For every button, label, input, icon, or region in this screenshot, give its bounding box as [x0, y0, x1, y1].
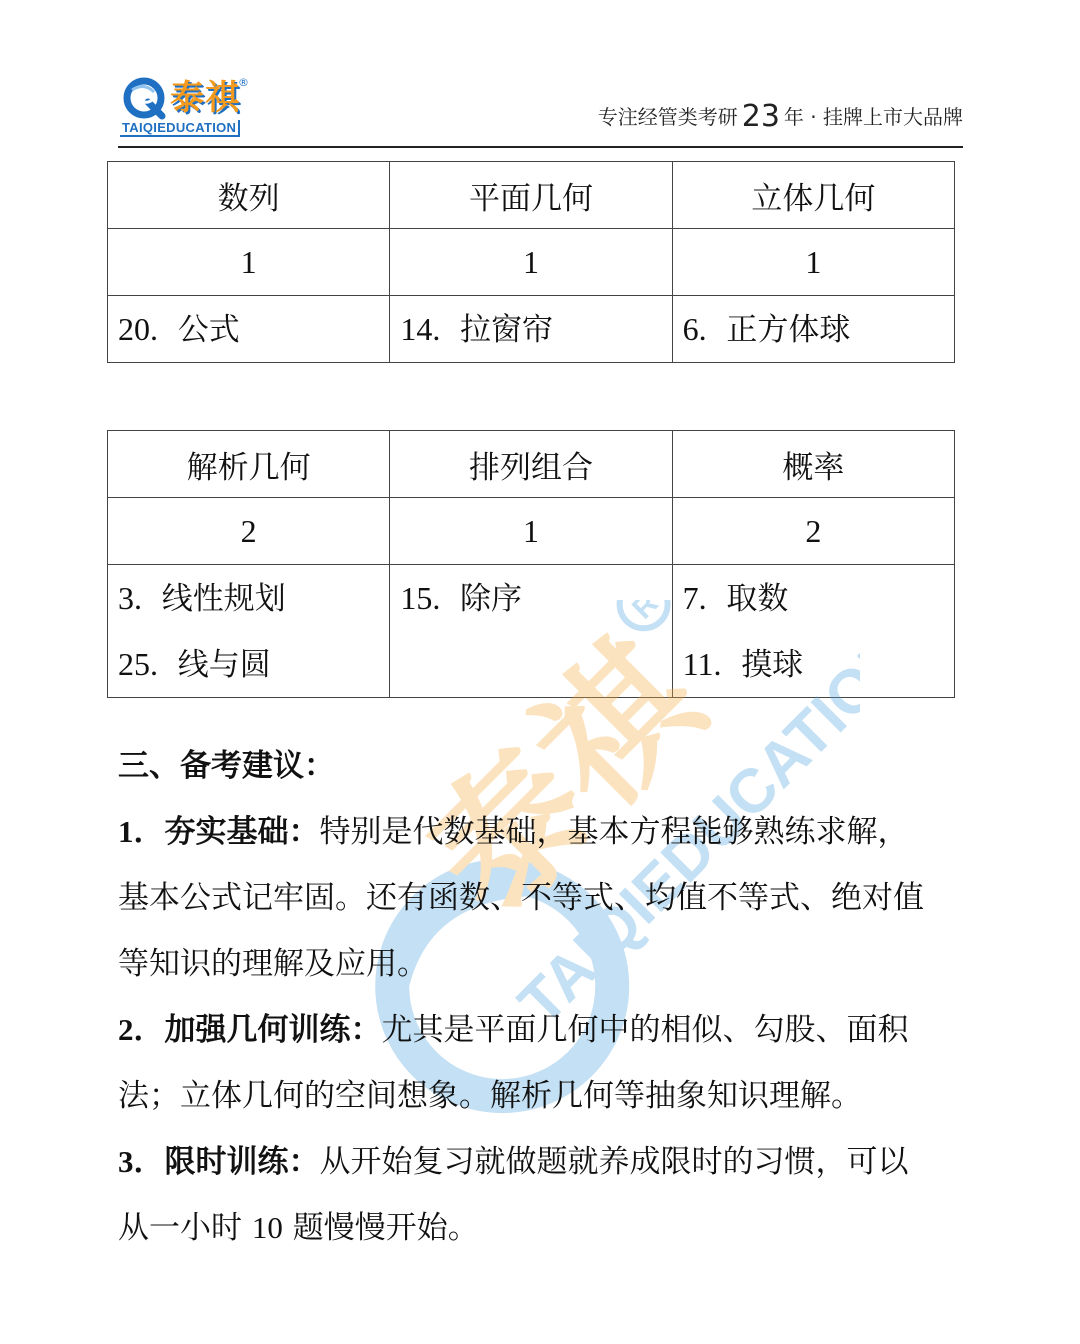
registered-mark: ® — [238, 76, 249, 89]
question-item: 3. 线性规划 — [118, 565, 389, 631]
question-number: 6. — [683, 311, 707, 347]
table-header-cell: 概率 — [672, 431, 954, 498]
question-item: 11. 摸球 — [683, 631, 954, 697]
question-list-cell: 6. 正方体球 — [672, 296, 954, 363]
advice-text: 法；立体几何的空间想象。解析几何等抽象知识理解。 — [118, 1063, 968, 1129]
question-topic: 除序 — [460, 581, 522, 617]
question-count: 2 — [108, 498, 390, 565]
table-header-row: 数列 平面几何 立体几何 — [108, 162, 955, 229]
question-list-cell: 14. 拉窗帘 — [390, 296, 672, 363]
logo-chinese-name: 泰祺 — [170, 78, 240, 118]
question-number: 14. — [400, 311, 440, 347]
advice-text: 从一小时 10 题慢慢开始。 — [118, 1195, 968, 1261]
question-list-cell: 7. 取数 11. 摸球 — [672, 565, 954, 698]
question-list-cell: 15. 除序 — [390, 565, 672, 698]
table-header-cell: 平面几何 — [390, 162, 672, 229]
advice-text: 特别是代数基础，基本方程能够熟练求解， — [320, 814, 909, 850]
table-header-cell: 排列组合 — [390, 431, 672, 498]
page-header: 泰祺 ® TAIQIEDUCATION 专注经管类考研23年 · 挂牌上市大品牌 — [118, 70, 963, 148]
question-topic: 线性规划 — [162, 581, 286, 617]
advice-text: 基本公式记牢固。还有函数、不等式、均值不等式、绝对值 — [118, 865, 968, 931]
question-item: 25. 线与圆 — [118, 631, 389, 697]
question-topic: 正方体球 — [726, 312, 850, 348]
question-number: 15. — [400, 580, 440, 616]
question-item: 15. 除序 — [400, 565, 671, 631]
table-question-row: 20. 公式 14. 拉窗帘 6. 正方体球 — [108, 296, 955, 363]
question-number: 3. — [118, 580, 142, 616]
question-topic: 拉窗帘 — [460, 312, 553, 348]
table-header-cell: 立体几何 — [672, 162, 954, 229]
question-number: 7. — [683, 580, 707, 616]
table-header-cell: 数列 — [108, 162, 390, 229]
advice-text: 等知识的理解及应用。 — [118, 931, 968, 997]
study-advice-section: 三、备考建议： 1．夯实基础：特别是代数基础，基本方程能够熟练求解， 基本公式记… — [118, 733, 968, 1261]
tagline-suffix: 年 · 挂牌上市大品牌 — [784, 105, 963, 129]
table-count-row: 1 1 1 — [108, 229, 955, 296]
logo-english-name: TAIQIEDUCATION — [120, 120, 240, 137]
advice-text: 尤其是平面几何中的相似、勾股、面积 — [382, 1012, 909, 1048]
question-list-cell: 20. 公式 — [108, 296, 390, 363]
topic-table-1: 数列 平面几何 立体几何 1 1 1 20. 公式 14. 拉窗帘 6. 正方体… — [107, 161, 955, 363]
question-count: 1 — [390, 498, 672, 565]
question-item: 7. 取数 — [683, 565, 954, 631]
header-tagline: 专注经管类考研23年 · 挂牌上市大品牌 — [598, 100, 963, 134]
advice-item-2: 2．加强几何训练：尤其是平面几何中的相似、勾股、面积 — [118, 997, 968, 1063]
table-header-row: 解析几何 排列组合 概率 — [108, 431, 955, 498]
question-item: 20. 公式 — [118, 296, 389, 362]
question-number: 20. — [118, 311, 158, 347]
question-count: 1 — [108, 229, 390, 296]
question-topic: 公式 — [178, 312, 240, 348]
question-item: 6. 正方体球 — [683, 296, 954, 362]
question-number: 11. — [683, 646, 722, 682]
tagline-prefix: 专注经管类考研 — [598, 105, 738, 129]
table-header-cell: 解析几何 — [108, 431, 390, 498]
advice-lead: 2．加强几何训练： — [118, 1012, 382, 1048]
advice-item-1: 1．夯实基础：特别是代数基础，基本方程能够熟练求解， — [118, 799, 968, 865]
question-count: 2 — [672, 498, 954, 565]
advice-lead: 3．限时训练： — [118, 1144, 320, 1180]
question-count: 1 — [672, 229, 954, 296]
advice-item-3: 3．限时训练：从开始复习就做题就养成限时的习惯，可以 — [118, 1129, 968, 1195]
question-topic: 摸球 — [741, 647, 803, 683]
tagline-years: 23 — [738, 99, 784, 134]
question-count: 1 — [390, 229, 672, 296]
question-list-cell: 3. 线性规划 25. 线与圆 — [108, 565, 390, 698]
advice-text: 从开始复习就做题就养成限时的习惯，可以 — [320, 1144, 909, 1180]
table-question-row: 3. 线性规划 25. 线与圆 15. 除序 7. 取数 11. 摸球 — [108, 565, 955, 698]
question-topic: 取数 — [726, 581, 788, 617]
question-number: 25. — [118, 646, 158, 682]
brand-logo: 泰祺 ® TAIQIEDUCATION — [118, 70, 268, 140]
section-title: 三、备考建议： — [118, 733, 968, 799]
question-item: 14. 拉窗帘 — [400, 296, 671, 362]
topic-table-2: 解析几何 排列组合 概率 2 1 2 3. 线性规划 25. 线与圆 15. 除… — [107, 430, 955, 698]
question-topic: 线与圆 — [178, 647, 271, 683]
taiqi-logo-icon — [122, 76, 170, 120]
table-count-row: 2 1 2 — [108, 498, 955, 565]
advice-lead: 1．夯实基础： — [118, 814, 320, 850]
